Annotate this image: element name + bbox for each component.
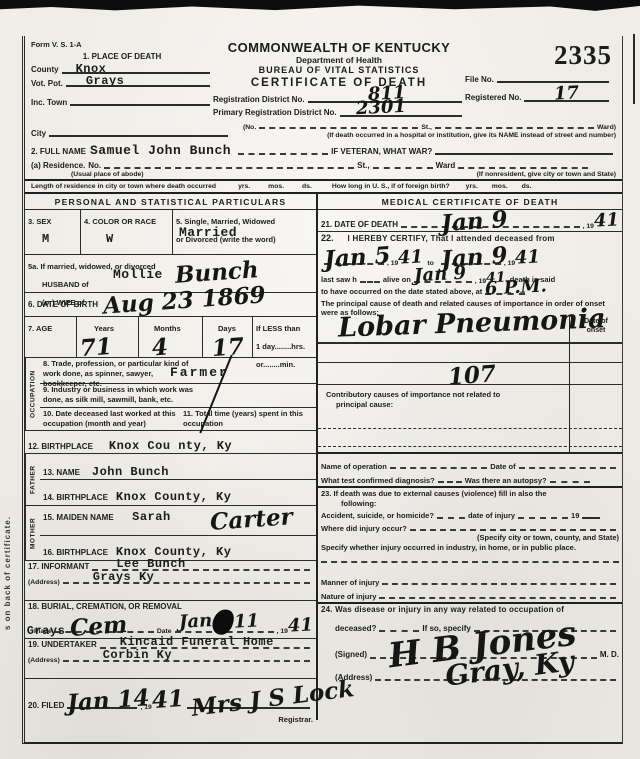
- undertaker-row: 19. UNDERTAKER Kincaid Funeral Home (Add…: [25, 639, 316, 679]
- length-yrs: yrs.: [238, 183, 250, 190]
- occurred-text: to have occurred on the date stated abov…: [321, 287, 482, 297]
- contributory-label-2: principal cause:: [336, 400, 393, 409]
- where-label: Where did injury occur?: [321, 524, 407, 534]
- length-row: Length of residence in city or town wher…: [25, 179, 622, 194]
- specify-note: Specify whether injury occurred in indus…: [321, 543, 619, 553]
- burial-place-hand: Cem: [69, 613, 128, 640]
- dod-year-printed: , 19: [583, 223, 594, 230]
- informant-addr-label: (Address): [28, 579, 60, 586]
- less-than-label-1: If LESS than: [256, 324, 300, 333]
- spouse-label2: HUSBAND of: [42, 280, 89, 289]
- occ8-value: Farmer: [170, 366, 229, 379]
- q23-label-2: following:: [341, 499, 619, 509]
- burial-row: 18. BURIAL, CREMATION, OR REMOVAL Place …: [25, 601, 316, 639]
- primary-district-value: 2301: [355, 97, 406, 118]
- undertaker-addr-label: (Address): [28, 657, 60, 664]
- certificate-body: Form V. S. 1-A 1. PLACE OF DEATH County …: [22, 36, 623, 744]
- mother-name-hand: Carter: [209, 506, 293, 535]
- occupation-block: OCCUPATION 8. Trade, profession, or part…: [25, 358, 316, 431]
- form-number-label: Form V. S. 1-A: [31, 40, 213, 50]
- father-side-label: FATHER: [25, 454, 40, 505]
- street-ward-label: Ward): [597, 124, 616, 131]
- days-value: 17: [211, 335, 245, 360]
- scan-edge-right: [633, 34, 635, 104]
- operation-row: Name of operation Date of: [318, 454, 622, 472]
- occupation-related-block: 24. Was disease or injury in any way rel…: [318, 604, 622, 714]
- header: Form V. S. 1-A 1. PLACE OF DEATH County …: [25, 36, 622, 124]
- hospital-note: (If death occurred in a hospital or inst…: [243, 132, 616, 139]
- registered-no-value: 17: [554, 84, 580, 103]
- dob-row: 6. DATE OF BIRTH Aug 23 1869: [25, 293, 316, 317]
- undertaker-addr-value: Corbin Ky: [103, 648, 172, 662]
- informant-row: 17. INFORMANT Lee Bunch (Address) Grays …: [25, 561, 316, 601]
- q24-deceased-label: deceased?: [335, 624, 376, 634]
- dod-label: 21. DATE OF DEATH: [321, 220, 398, 230]
- residence-st-label: St.,: [357, 161, 369, 171]
- residence-label: (a) Residence.: [31, 161, 85, 171]
- years-value: 71: [79, 335, 113, 360]
- birthplace-row: 12. BIRTHPLACE Knox Cou nty, Ky: [25, 431, 316, 454]
- certify-from-date: Jan 5: [323, 243, 391, 271]
- burial-year-hand: 41: [287, 616, 313, 635]
- length-mos2: mos.: [492, 183, 508, 190]
- certificate-title: CERTIFICATE OF DEATH: [213, 77, 465, 89]
- manner-label: Manner of injury: [321, 578, 379, 588]
- months-label: Months: [154, 324, 181, 333]
- edge-note: s on back of certificate.: [3, 370, 12, 630]
- full-name-label: 2. FULL NAME: [31, 147, 86, 157]
- file-no-label: File No.: [465, 75, 494, 85]
- informant-label: 17. INFORMANT: [28, 562, 89, 572]
- length-yrs2: yrs.: [466, 183, 478, 190]
- race-value: W: [106, 232, 114, 246]
- days-label: Days: [218, 324, 236, 333]
- burial-year-printed: , 19: [277, 628, 288, 635]
- informant-value: Lee Bunch: [116, 557, 185, 571]
- race-label: 4. COLOR OR RACE: [84, 217, 156, 226]
- months-value: 4: [151, 336, 169, 360]
- full-name-value: Samuel John Bunch: [90, 144, 231, 157]
- filed-date-hand: Jan 14: [67, 687, 151, 716]
- scanned-death-certificate: s on back of certificate. Form V. S. 1-A…: [0, 0, 640, 759]
- where-note: (Specify city or town, county, and State…: [321, 533, 619, 543]
- certify-to-year: 41: [515, 248, 541, 267]
- burial-place-typed: Grays: [27, 624, 66, 638]
- father-name-value: John Bunch: [92, 466, 169, 478]
- age-label: 7. AGE: [28, 324, 52, 333]
- contributory-label-1: Contributory causes of importance not re…: [326, 390, 500, 399]
- street-no-label: (No.: [243, 124, 256, 131]
- informant-addr-value: Grays Ky: [93, 570, 155, 584]
- age-row: 7. AGE Years 71 Months 4 Days 17 If LESS…: [25, 317, 316, 358]
- hour-value: 6 P.M.: [485, 277, 548, 298]
- autopsy-label: Was there an autopsy?: [465, 476, 547, 486]
- burial-date-label: Date: [157, 628, 172, 635]
- injury-year: 19: [571, 511, 579, 521]
- undertaker-value: Kincaid Funeral Home: [120, 635, 274, 649]
- saw-text2: alive on: [383, 275, 411, 285]
- md-label: M. D.: [600, 650, 619, 660]
- undertaker-label: 19. UNDERTAKER: [28, 640, 97, 650]
- mother-name-label: 15. MAIDEN NAME: [43, 513, 114, 522]
- residence-no-label: No.: [88, 161, 101, 171]
- less-than-label-2: 1 day........hrs.: [256, 342, 305, 351]
- mother-block: MOTHER 15. MAIDEN NAME Sarah Carter 16. …: [25, 506, 316, 561]
- commonwealth-title: COMMONWEALTH OF KENTUCKY: [213, 40, 465, 55]
- dod-year-hand: 41: [593, 212, 619, 231]
- city-street-row: City (No. St., Ward) (If death occurred …: [25, 124, 622, 141]
- sex-value: M: [42, 232, 50, 246]
- precinct-label: Vot. Pot.: [31, 79, 63, 89]
- spouse-typed-value: Mollie: [113, 268, 163, 281]
- manner-row: Manner of injury: [318, 572, 622, 588]
- external-causes-block: 23. If death was due to external causes …: [318, 488, 622, 572]
- burial-date-day: 11: [233, 612, 259, 631]
- sex-race-marital-row: 3. SEX M 4. COLOR OR RACE W 5. Single, M…: [25, 210, 316, 255]
- operation-date-label: Date of: [490, 462, 515, 472]
- foreign-label: How long in U. S., if of foreign birth?: [332, 183, 450, 190]
- certificate-number: 2335: [465, 40, 612, 71]
- length-mos: mos.: [268, 183, 284, 190]
- sex-label: 3. SEX: [28, 217, 51, 226]
- occupation-side-label: OCCUPATION: [25, 358, 40, 430]
- signed-label: (Signed): [335, 650, 367, 660]
- bureau-title: BUREAU OF VITAL STATISTICS: [213, 65, 465, 75]
- q23-label-1: 23. If death was due to external causes …: [321, 489, 619, 499]
- mother-side-label: MOTHER: [25, 506, 40, 560]
- residence-ward-label: Ward: [436, 161, 456, 171]
- injury-date-label: date of injury: [468, 511, 515, 521]
- personal-section: PERSONAL AND STATISTICAL PARTICULARS 3. …: [25, 194, 318, 720]
- burial-label: 18. BURIAL, CREMATION, OR REMOVAL: [28, 602, 313, 612]
- place-of-death-label: 1. PLACE OF DEATH: [31, 52, 213, 62]
- primary-district-label: Primary Registration District No.: [213, 108, 337, 118]
- city-label: City: [31, 129, 46, 139]
- father-name-label: 13. NAME: [43, 468, 80, 478]
- length-label: Length of residence in city or town wher…: [31, 183, 216, 190]
- veteran-label: IF VETERAN, WHAT WAR?: [331, 147, 432, 157]
- full-name-row: 2. FULL NAME Samuel John Bunch IF VETERA…: [25, 141, 622, 158]
- residence-row: (a) Residence. No. St., Ward (Usual plac…: [25, 158, 622, 179]
- operation-label: Name of operation: [321, 462, 387, 472]
- date-of-death-row: 21. DATE OF DEATH Jan 9 , 19 41: [318, 210, 622, 232]
- nature-row: Nature of injury: [318, 588, 622, 604]
- dod-value: Jan 9: [440, 208, 508, 236]
- mother-name-typed: Sarah: [132, 510, 171, 524]
- bp-label: 12. BIRTHPLACE: [28, 442, 93, 452]
- test-label: What test confirmed diagnosis?: [321, 476, 435, 486]
- filed-row: 20. FILED Jan 14 , 19 41 Mrs J S Lock Re…: [25, 679, 316, 719]
- q24-label: 24. Was disease or injury in any way rel…: [321, 605, 619, 615]
- county-label: County: [31, 65, 59, 75]
- cause-of-death-area: Date ofonset Lobar Pneumonia 107 Contrib…: [318, 316, 622, 454]
- father-bp-value: Knox County, Ky: [116, 491, 232, 503]
- filed-year-hand: 41: [151, 687, 185, 712]
- filed-label: 20. FILED: [28, 701, 64, 711]
- length-ds2: ds.: [522, 183, 532, 190]
- nonresident-note: (If nonresident, give city or town and S…: [477, 171, 616, 178]
- personal-title: PERSONAL AND STATISTICAL PARTICULARS: [25, 194, 316, 210]
- length-ds: ds.: [302, 183, 312, 190]
- medical-section: MEDICAL CERTIFICATE OF DEATH 21. DATE OF…: [318, 194, 622, 720]
- cause-value: Lobar Pneumonia: [338, 306, 606, 342]
- father-block: FATHER 13. NAME John Bunch 14. BIRTHPLAC…: [25, 454, 316, 506]
- scan-edge-artifact: [0, 0, 640, 14]
- bp-value: Knox Cou nty, Ky: [109, 440, 232, 452]
- test-autopsy-row: What test confirmed diagnosis? Was there…: [318, 472, 622, 488]
- department-title: Department of Health: [213, 55, 465, 65]
- father-bp-label: 14. BIRTHPLACE: [43, 493, 108, 503]
- saw-text: last saw h: [321, 275, 357, 285]
- saw-date: Jan 9: [413, 264, 466, 285]
- occ10-label: 10. Date deceased last worked at this oc…: [43, 409, 183, 429]
- inc-town-label: Inc. Town: [31, 98, 67, 108]
- burial-date-month: Jan: [178, 612, 212, 632]
- abode-note: (Usual place of abode): [71, 171, 144, 178]
- dob-label: 6. DATE OF BIRTH: [28, 300, 98, 309]
- certify-no: 22.: [321, 233, 334, 243]
- accident-label: Accident, suicide, or homicide?: [321, 511, 434, 521]
- physician-addr-label: (Address): [335, 673, 372, 683]
- registrar-label: Registrar.: [28, 715, 313, 725]
- mother-bp-label: 16. BIRTHPLACE: [43, 548, 108, 558]
- precinct-value: Grays: [86, 74, 125, 88]
- nature-label: Nature of injury: [321, 592, 376, 602]
- registration-district-label: Registration District No.: [213, 95, 305, 105]
- marital-value: Married: [179, 226, 237, 239]
- street-st-label: St.,: [421, 124, 432, 131]
- registered-no-label: Registered No.: [465, 93, 521, 103]
